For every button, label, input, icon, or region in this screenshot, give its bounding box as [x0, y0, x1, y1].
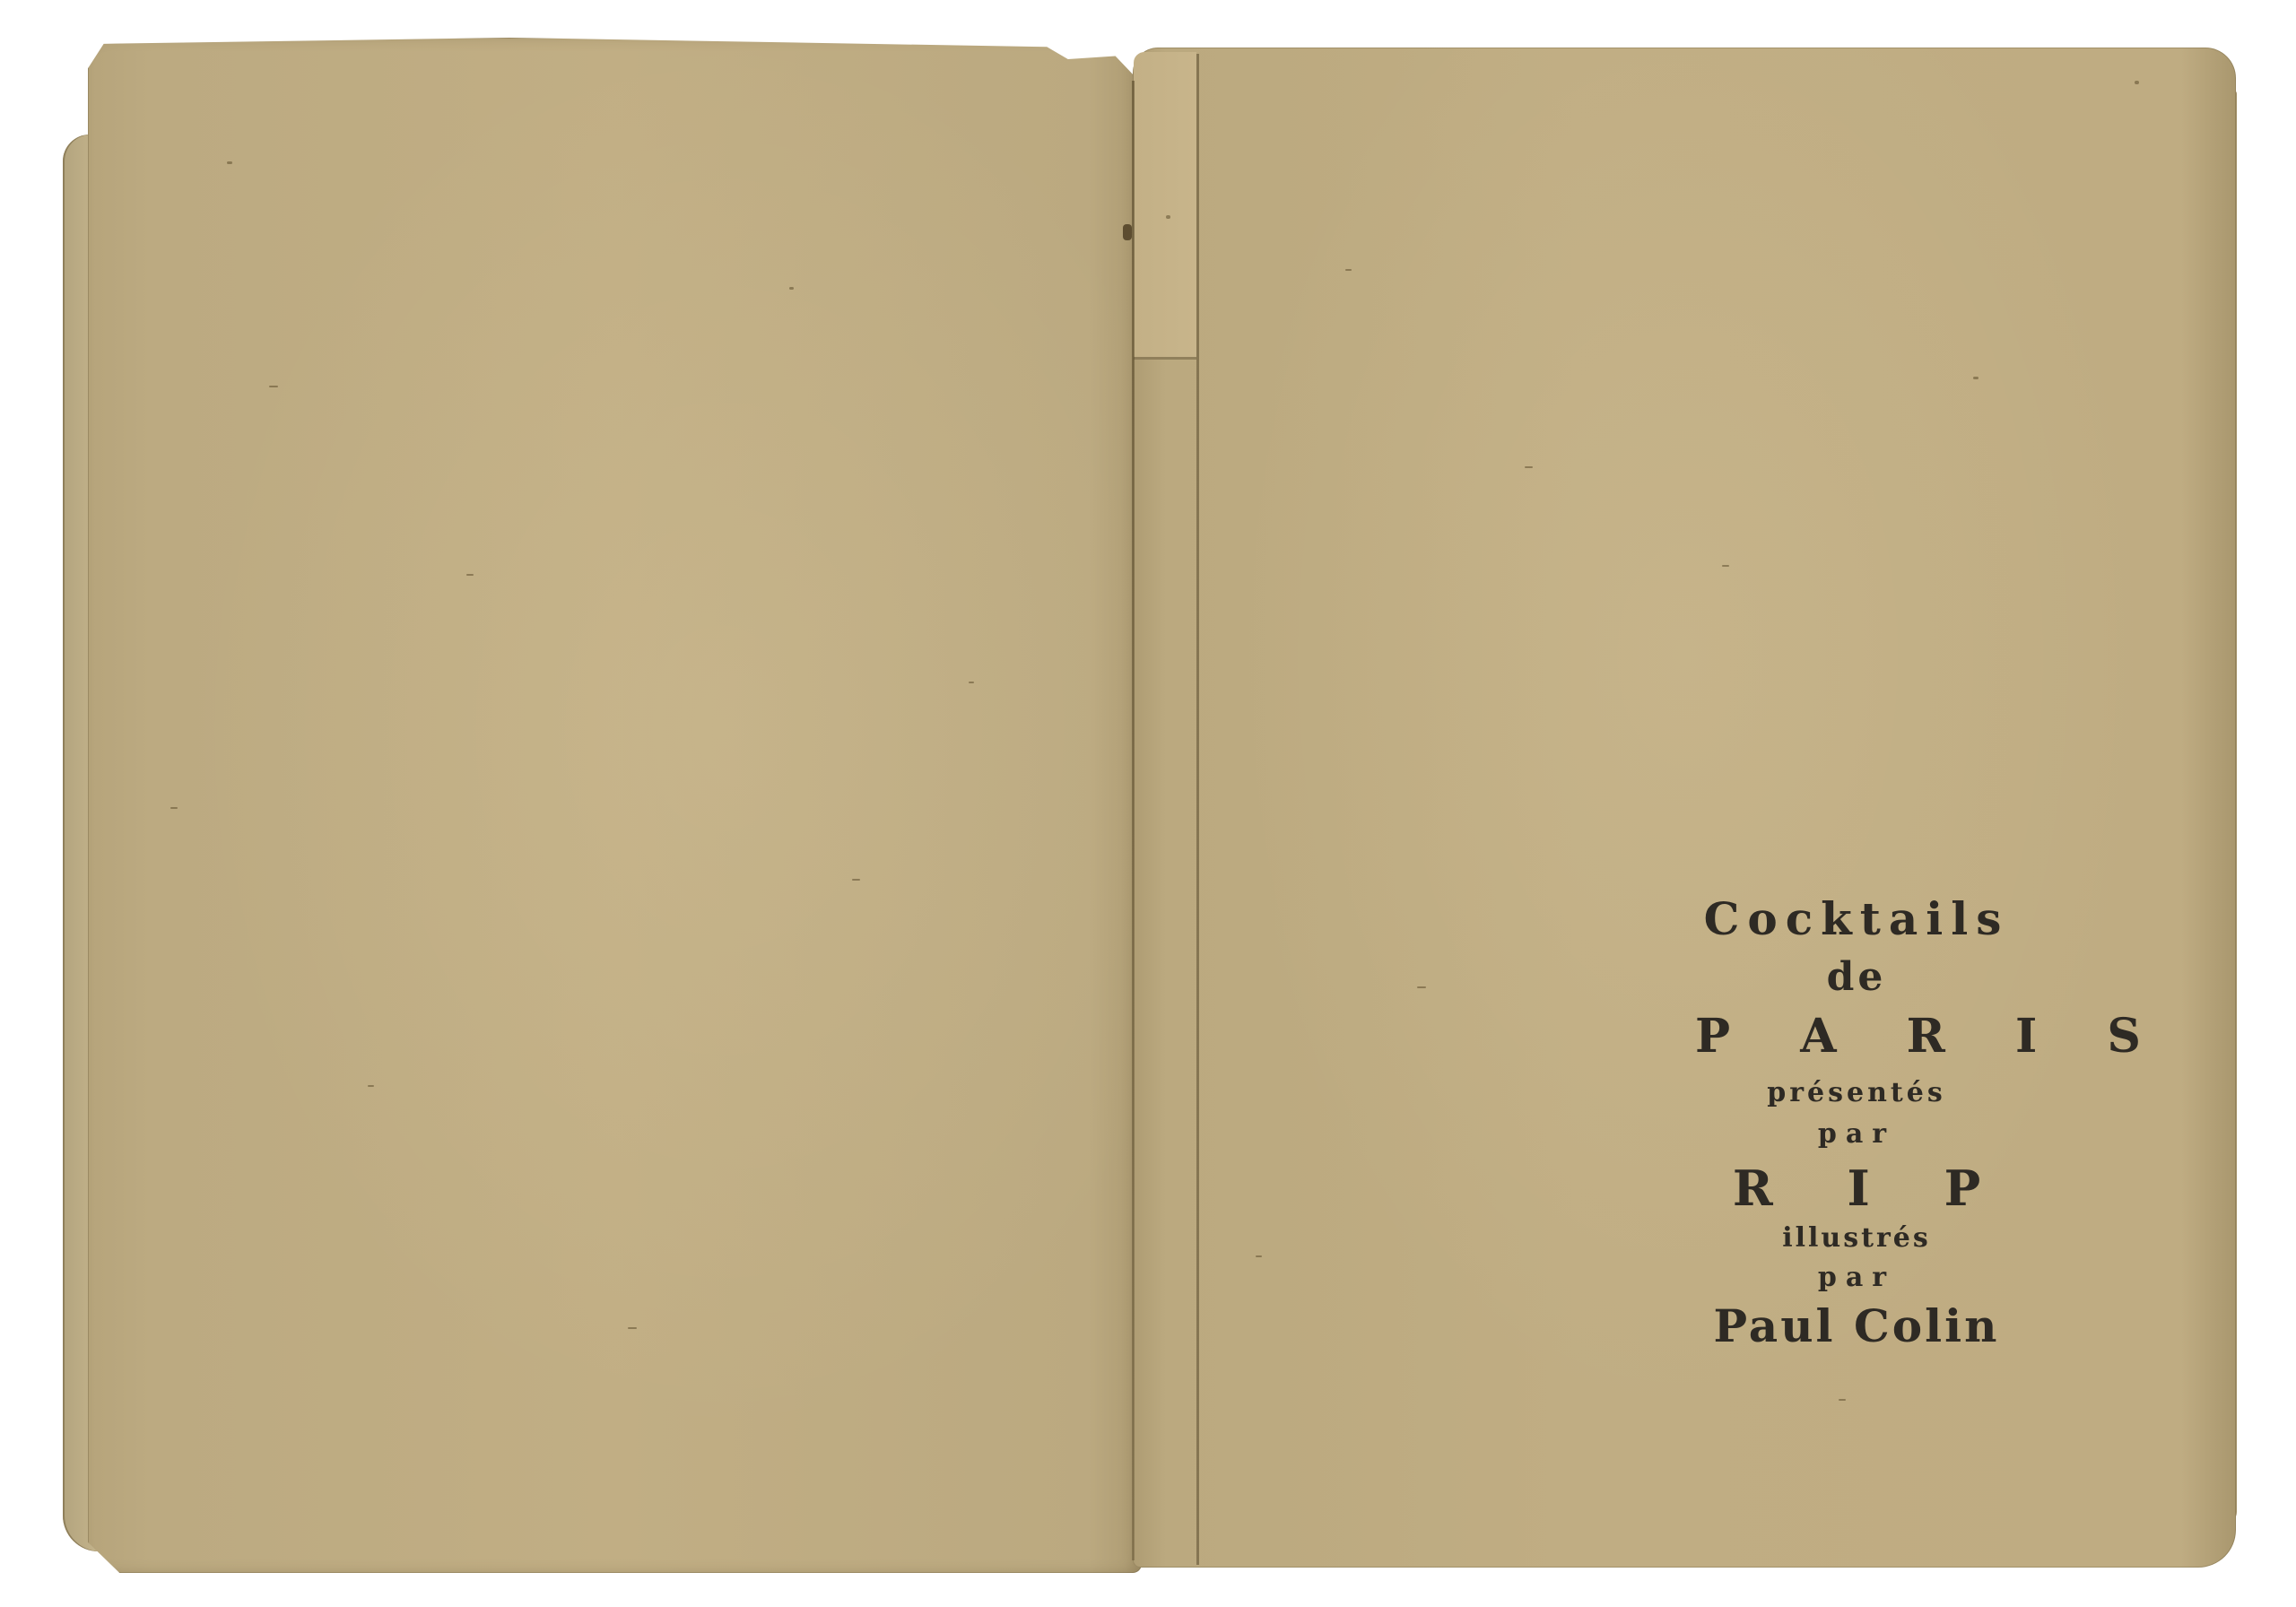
paper-fiber	[2135, 81, 2139, 84]
binding-thread-mark	[1123, 224, 1132, 240]
paper-fiber	[1417, 986, 1426, 988]
spine-strip-edge	[1196, 54, 1199, 1565]
subtitle-par-2: par	[1668, 1264, 2045, 1291]
paper-fiber	[1722, 565, 1729, 567]
paper-fiber	[969, 682, 974, 683]
left-page-blank	[88, 38, 1142, 1573]
paper-fiber	[628, 1327, 637, 1329]
paper-fiber	[1256, 1255, 1262, 1257]
paper-fiber	[227, 161, 232, 164]
title-cocktails: Cocktails	[1668, 897, 2045, 942]
gutter-fold	[1132, 81, 1135, 1560]
paper-fiber	[1525, 466, 1533, 468]
paper-fiber	[368, 1085, 374, 1087]
paper-fiber	[1839, 1399, 1846, 1401]
paper-fiber	[852, 879, 860, 881]
illustrator-paul-colin: Paul Colin	[1668, 1304, 2045, 1349]
subtitle-par: par	[1668, 1121, 2045, 1148]
paper-fiber	[1166, 215, 1170, 219]
spine-binding-strip	[1134, 52, 1196, 360]
title-paris: P A R I S	[1695, 1013, 2045, 1060]
book-spread: Cocktails de P A R I S présentés par R I…	[0, 0, 2296, 1607]
title-de: de	[1668, 958, 2045, 997]
subtitle-presentes: présentés	[1668, 1080, 2045, 1107]
paper-fiber	[269, 386, 278, 387]
paper-fiber	[170, 807, 178, 809]
author-rip: R I P	[1697, 1164, 2045, 1212]
subtitle-illustres: illustrés	[1668, 1225, 2045, 1252]
paper-fiber	[1973, 377, 1979, 379]
paper-fiber	[466, 574, 474, 576]
title-page-text: Cocktails de P A R I S présentés par R I…	[1668, 897, 2045, 1349]
paper-fiber	[789, 287, 794, 290]
paper-fiber	[1345, 269, 1352, 271]
